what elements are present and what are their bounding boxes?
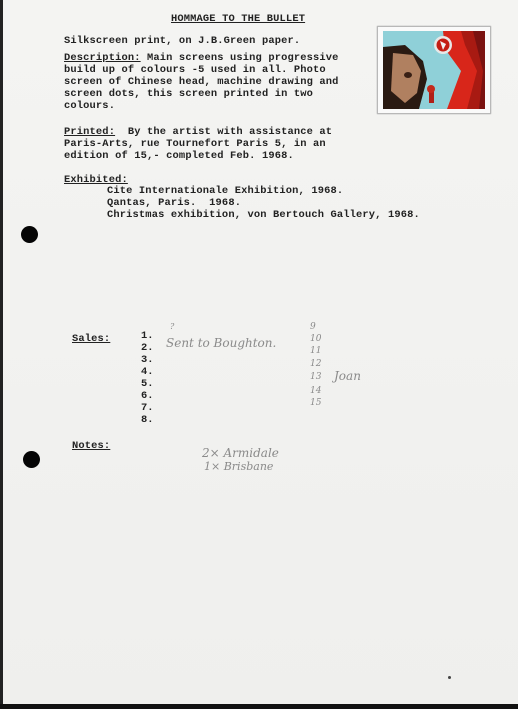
sales-label: Sales:	[72, 333, 110, 345]
sales-number: 7.	[141, 402, 153, 414]
artwork-image	[383, 31, 485, 109]
handwritten-number: 15	[310, 398, 321, 408]
sales-number: 6.	[141, 390, 153, 402]
sales-number: 2.	[141, 342, 153, 354]
description-line: build up of colours -5 used in all. Phot…	[64, 64, 326, 76]
scan-speck	[448, 676, 451, 679]
punch-hole-bottom	[23, 451, 40, 468]
handwritten-sale-note: Sent to Boughton.	[166, 336, 276, 350]
handwritten-number: 9	[310, 322, 316, 332]
document-page: HOMMAGE TO THE BULLET Silkscreen print, …	[0, 0, 518, 709]
description-line: screen of Chinese head, machine drawing …	[64, 76, 339, 88]
handwritten-number: 11	[310, 346, 321, 356]
handwritten-number: 13	[310, 372, 321, 382]
description-line: Main screens using progressive	[141, 52, 339, 64]
scan-edge-bottom	[0, 704, 518, 709]
printed-line: edition of 15,- completed Feb. 1968.	[64, 150, 294, 162]
handwritten-note: 2× Armidale	[202, 446, 279, 460]
exhibition-item: Christmas exhibition, von Bertouch Galle…	[107, 209, 420, 221]
artwork-thumbnail	[377, 26, 491, 114]
printed-label: Printed:	[64, 126, 115, 138]
sales-number: 5.	[141, 378, 153, 390]
handwritten-question: ?	[170, 322, 174, 331]
document-title: HOMMAGE TO THE BULLET	[171, 13, 305, 25]
handwritten-number: 10	[310, 334, 321, 344]
description-line: colours.	[64, 100, 115, 112]
printed-line: Paris-Arts, rue Tournefort Paris 5, in a…	[64, 138, 326, 150]
handwritten-number: 14	[310, 386, 321, 396]
description-label: Description:	[64, 52, 141, 64]
exhibition-item: Qantas, Paris. 1968.	[107, 197, 241, 209]
handwritten-note: 1× Brisbane	[204, 460, 273, 473]
scan-edge-left	[0, 0, 3, 709]
handwritten-name: Joan	[334, 369, 361, 383]
sales-number: 3.	[141, 354, 153, 366]
sales-number: 8.	[141, 414, 153, 426]
medium-line: Silkscreen print, on J.B.Green paper.	[64, 35, 300, 47]
handwritten-number: 12	[310, 359, 321, 369]
description-line: screen dots, this screen printed in two	[64, 88, 313, 100]
punch-hole-top	[21, 226, 38, 243]
exhibition-item: Cite Internationale Exhibition, 1968.	[107, 185, 343, 197]
notes-label: Notes:	[72, 440, 110, 452]
sales-number: 4.	[141, 366, 153, 378]
printed-line: By the artist with assistance at	[115, 126, 332, 138]
sales-number: 1.	[141, 330, 153, 342]
